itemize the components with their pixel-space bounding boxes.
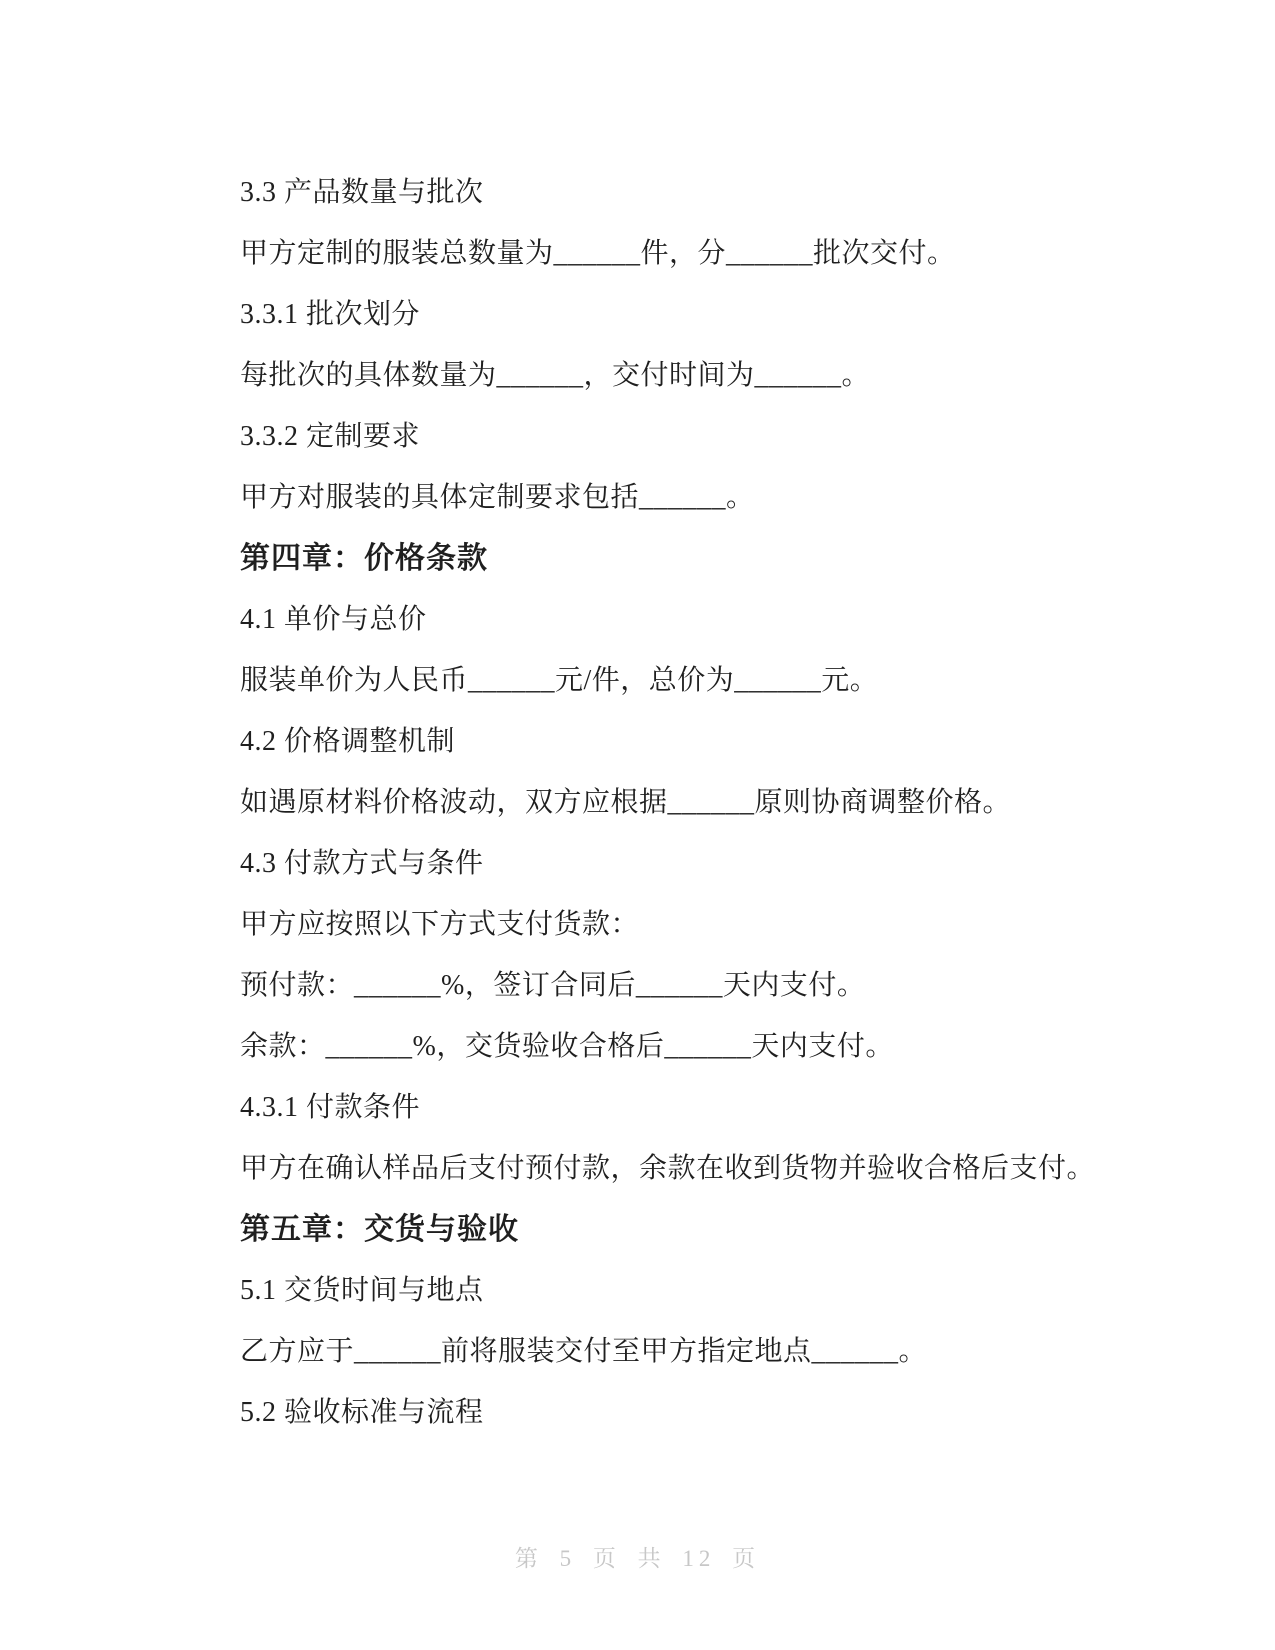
section-heading: 3.3.1 批次划分 [240, 300, 1220, 330]
chapter-heading: 第五章：交货与验收 [240, 1215, 1220, 1245]
paragraph: 甲方对服装的具体定制要求包括______。 [240, 483, 1220, 513]
section-heading: 5.1 交货时间与地点 [240, 1276, 1220, 1306]
section-heading: 4.1 单价与总价 [240, 605, 1220, 635]
section-heading: 5.2 验收标准与流程 [240, 1398, 1220, 1428]
paragraph: 甲方在确认样品后支付预付款，余款在收到货物并验收合格后支付。 [240, 1154, 1220, 1184]
paragraph: 余款：______%，交货验收合格后______天内支付。 [240, 1032, 1220, 1062]
section-heading: 4.3 付款方式与条件 [240, 849, 1220, 879]
section-heading: 4.2 价格调整机制 [240, 727, 1220, 757]
paragraph: 每批次的具体数量为______，交付时间为______。 [240, 361, 1220, 391]
paragraph: 乙方应于______前将服装交付至甲方指定地点______。 [240, 1337, 1220, 1367]
section-heading: 3.3 产品数量与批次 [240, 178, 1220, 208]
section-heading: 3.3.2 定制要求 [240, 422, 1220, 452]
document-page: 3.3 产品数量与批次甲方定制的服装总数量为______件，分______批次交… [0, 0, 1275, 1650]
paragraph: 甲方定制的服装总数量为______件，分______批次交付。 [240, 239, 1220, 269]
document-content: 3.3 产品数量与批次甲方定制的服装总数量为______件，分______批次交… [240, 178, 1220, 1459]
paragraph: 服装单价为人民币______元/件，总价为______元。 [240, 666, 1220, 696]
section-heading: 4.3.1 付款条件 [240, 1093, 1220, 1123]
paragraph: 预付款：______%，签订合同后______天内支付。 [240, 971, 1220, 1001]
chapter-heading: 第四章：价格条款 [240, 544, 1220, 574]
page-footer: 第 5 页 共 12 页 [0, 1540, 1275, 1573]
paragraph: 甲方应按照以下方式支付货款： [240, 910, 1220, 940]
paragraph: 如遇原材料价格波动，双方应根据______原则协商调整价格。 [240, 788, 1220, 818]
